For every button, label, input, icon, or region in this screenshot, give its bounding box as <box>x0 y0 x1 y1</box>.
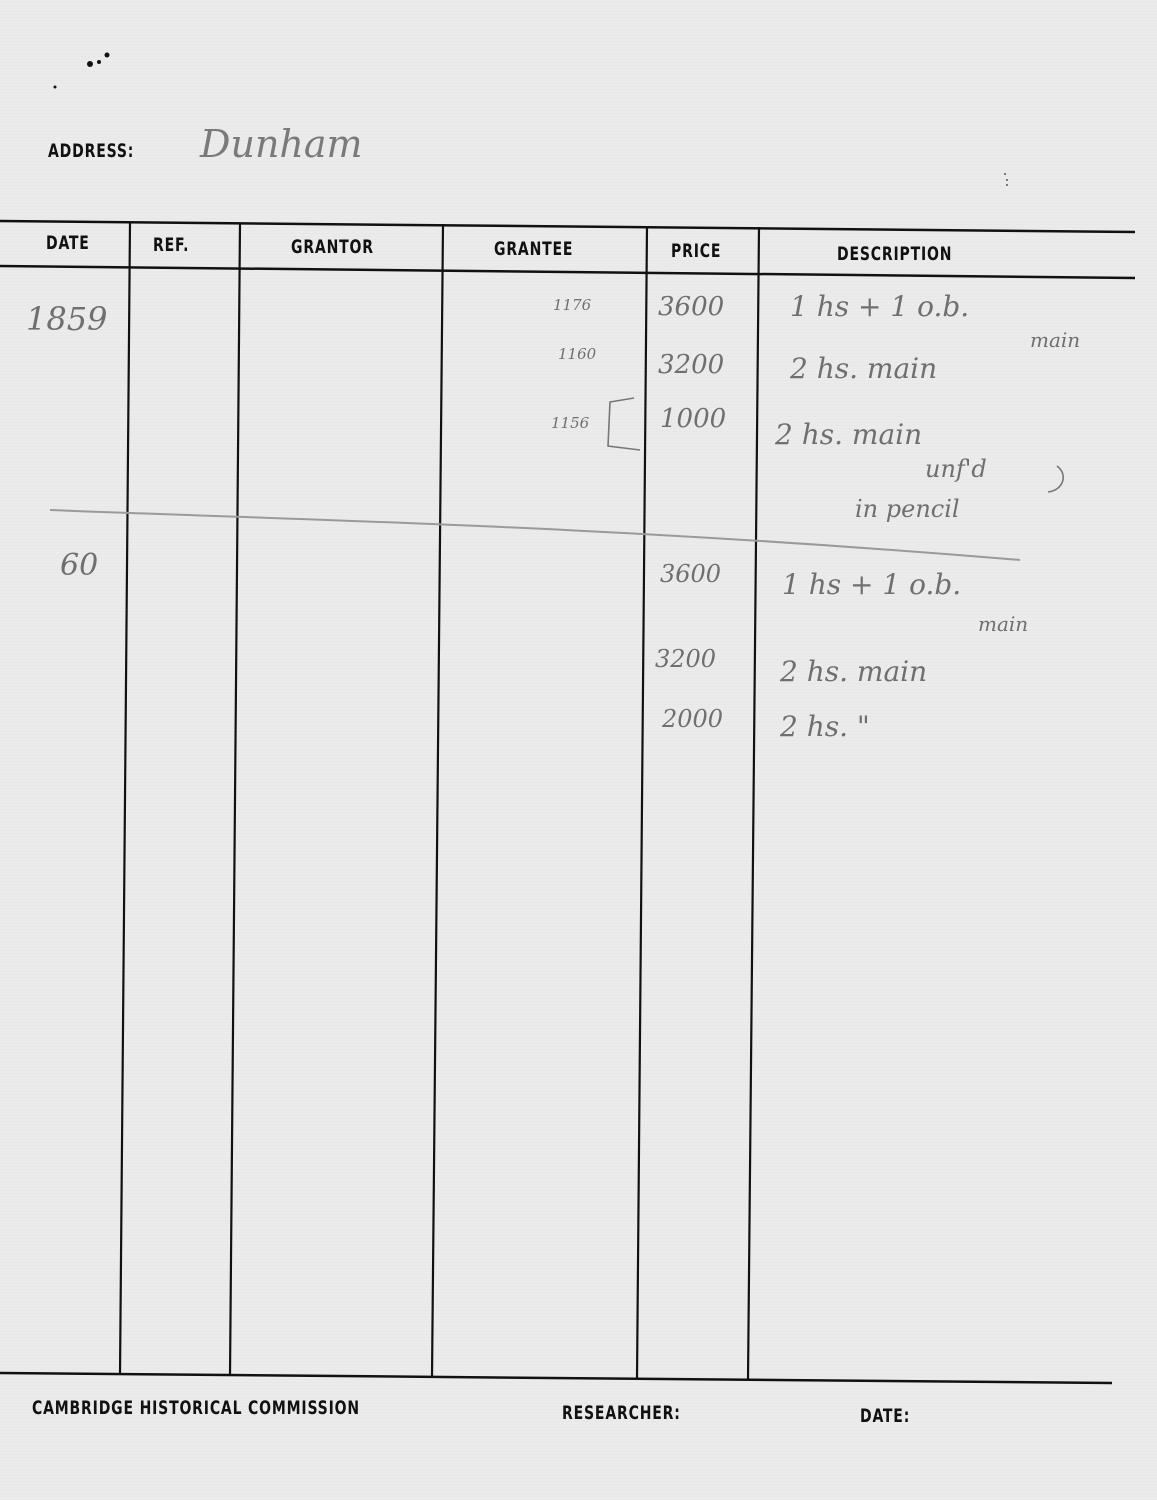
column-header-date: DATE <box>46 232 90 254</box>
table-grid <box>0 0 1157 1500</box>
description-cell: 2 hs. main <box>790 352 937 385</box>
price-cell: 3200 <box>658 350 724 380</box>
grantee-note: 1156 <box>551 414 589 432</box>
price-cell: 3600 <box>658 292 724 322</box>
address-label: ADDRESS: <box>48 140 134 162</box>
price-cell: 3200 <box>655 645 716 673</box>
description-note: main <box>978 612 1028 636</box>
grantee-note: 1176 <box>553 296 591 314</box>
column-header-ref: REF. <box>153 234 189 256</box>
column-header-grantee: GRANTEE <box>494 238 573 260</box>
description-extra: in pencil <box>855 495 960 523</box>
address-value: Dunham <box>200 122 363 166</box>
price-cell: 2000 <box>662 705 723 733</box>
price-cell: 1000 <box>660 404 726 434</box>
price-cell: 3600 <box>660 560 721 588</box>
column-header-price: PRICE <box>671 240 721 262</box>
description-cell: 2 hs. main <box>775 418 922 451</box>
entry-date: 1859 <box>26 300 107 338</box>
column-header-description: DESCRIPTION <box>837 243 952 265</box>
grantee-note: 1160 <box>558 345 596 363</box>
description-note: main <box>1030 328 1080 352</box>
description-cell: 1 hs + 1 o.b. <box>782 568 961 601</box>
entry-date: 60 <box>60 548 98 583</box>
footer-researcher-label: RESEARCHER: <box>562 1402 681 1424</box>
description-cell: 1 hs + 1 o.b. <box>790 290 969 323</box>
description-extra: unf'd <box>925 455 987 483</box>
description-cell: 2 hs. main <box>780 655 927 688</box>
footer-date-label: DATE: <box>860 1405 910 1427</box>
footer-organization: CAMBRIDGE HISTORICAL COMMISSION <box>32 1397 360 1419</box>
column-header-grantor: GRANTOR <box>291 236 374 258</box>
description-cell: 2 hs. " <box>780 710 870 743</box>
